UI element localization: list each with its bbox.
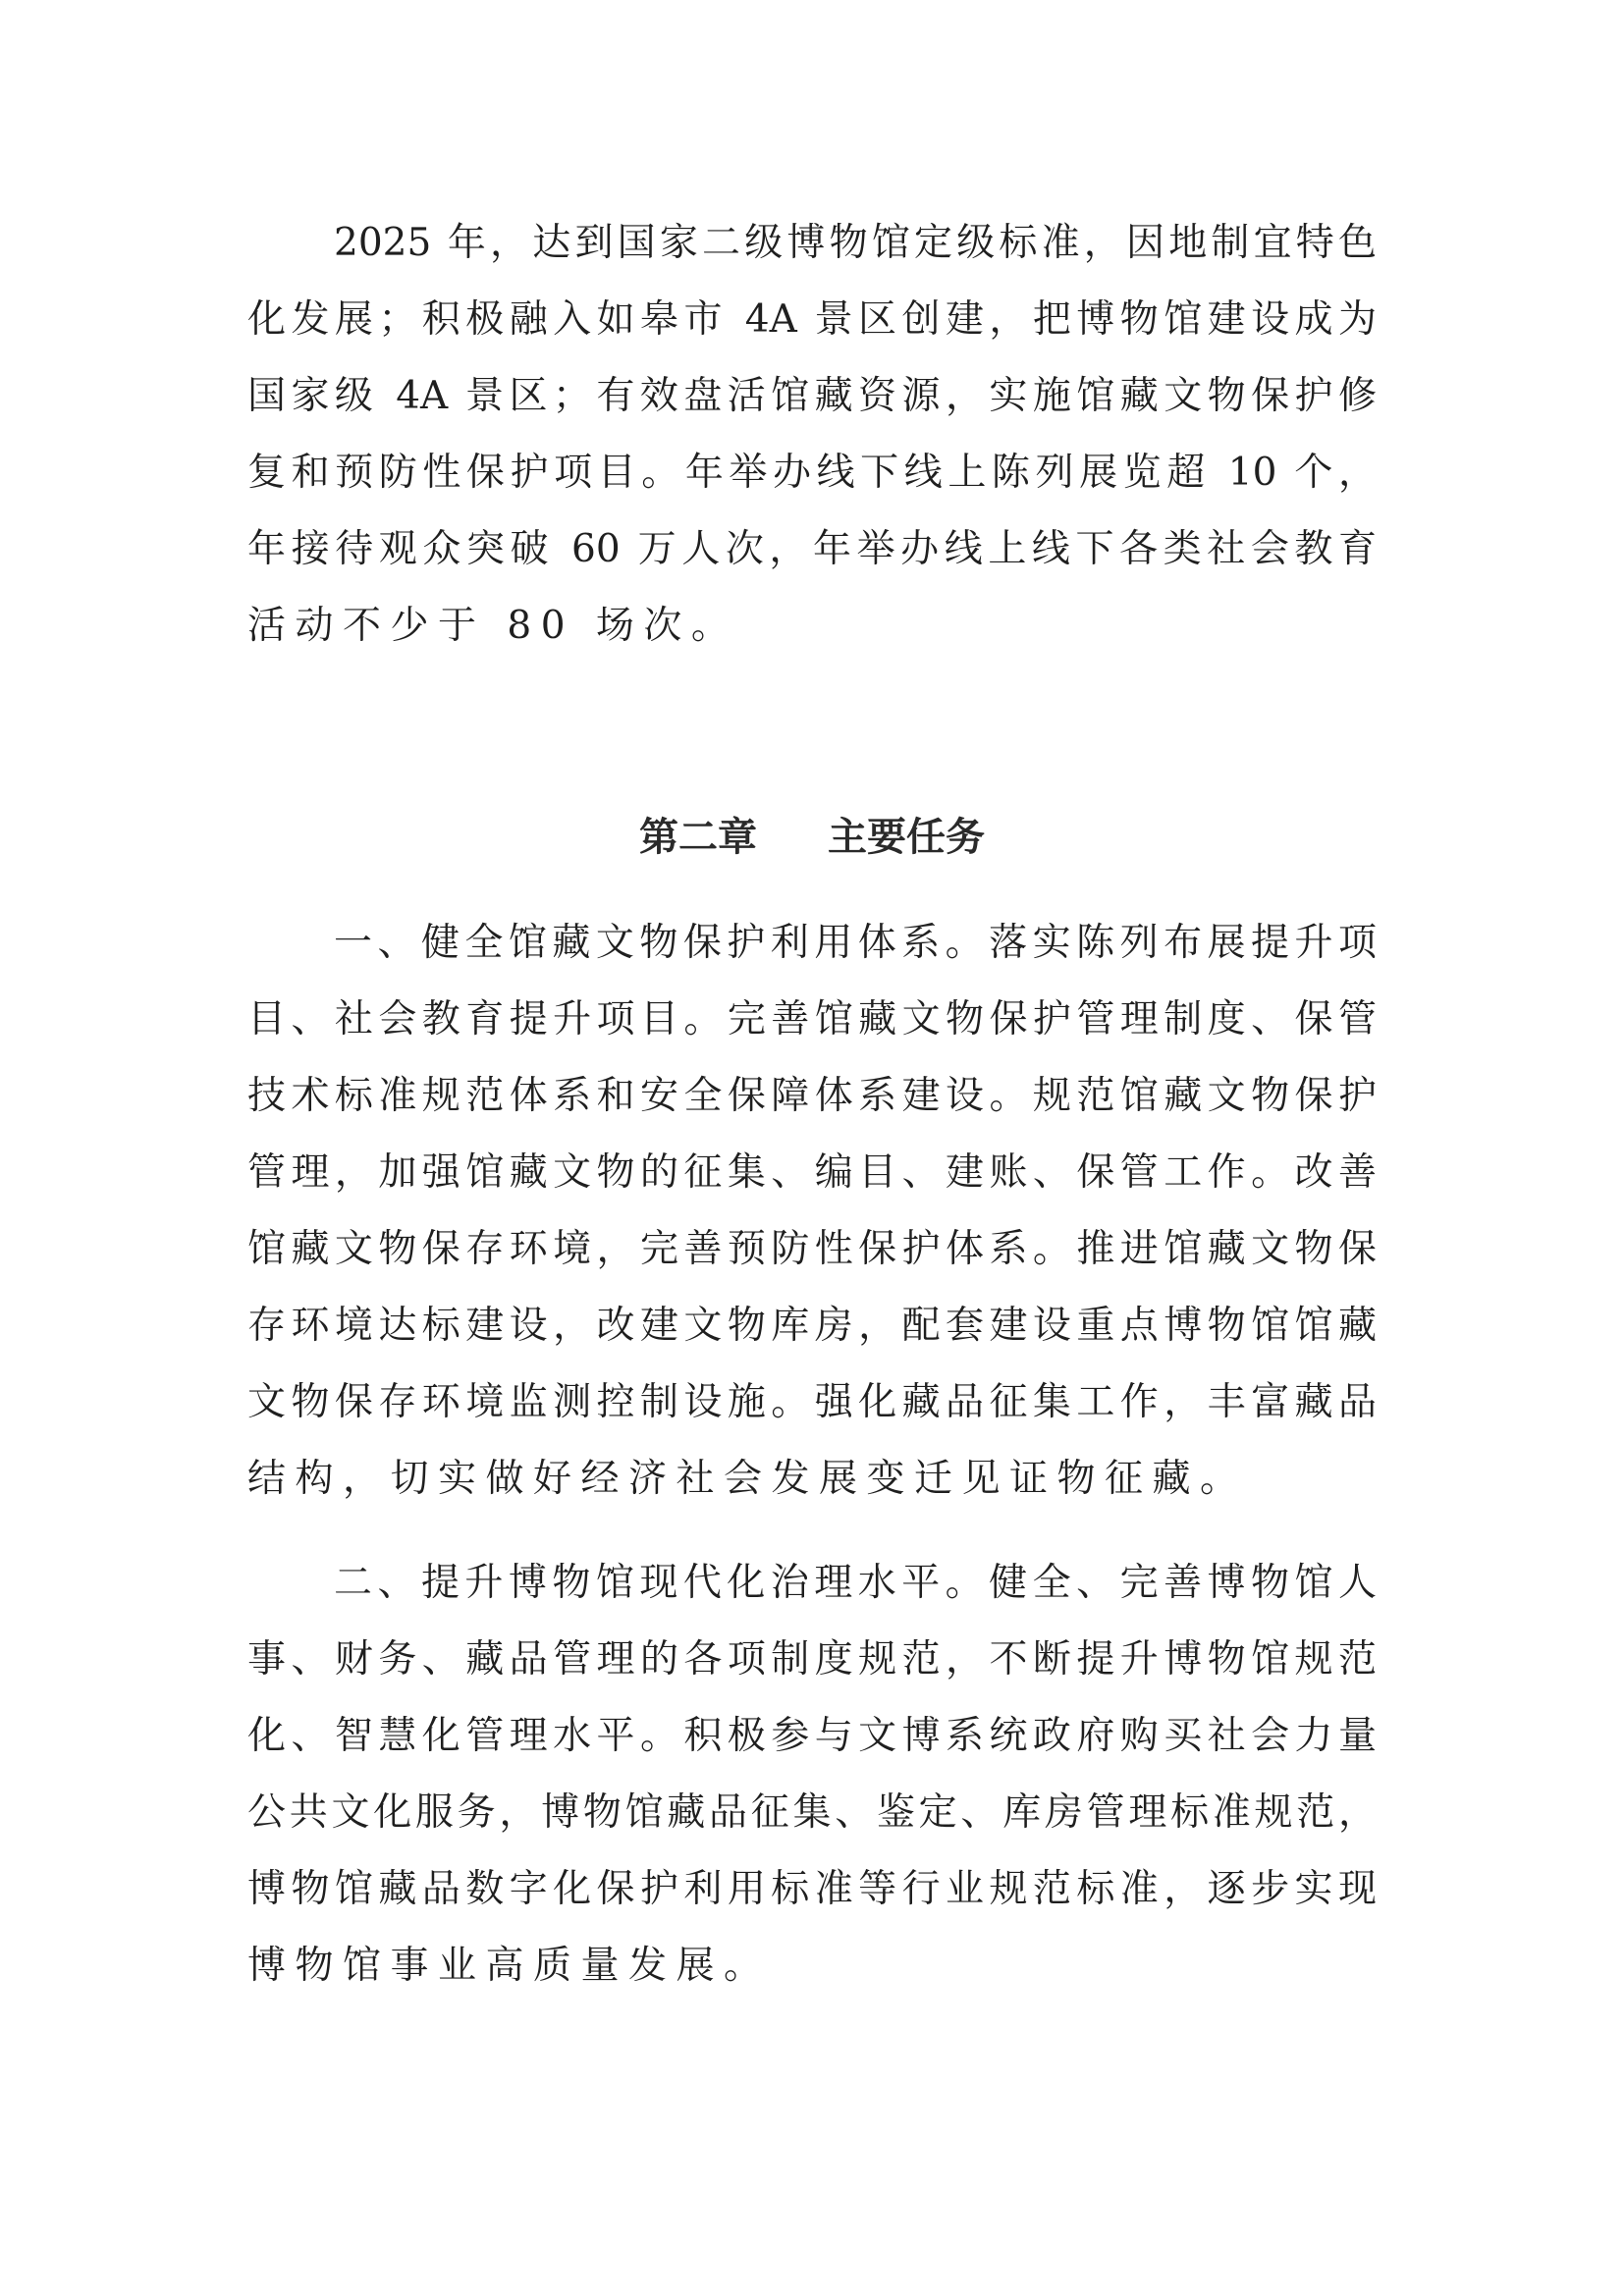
paragraph-line: 目、社会教育提升项目。完善馆藏文物保护管理制度、保管 <box>247 996 1377 1043</box>
paragraph-line: 结构，切实做好经济社会发展变迁见证物征藏。 <box>247 1456 1377 1503</box>
paragraph-line: 馆藏文物保存环境，完善预防性保护体系。推进馆藏文物保 <box>247 1226 1377 1273</box>
paragraph-line: 年接待观众突破 60 万人次，年举办线上线下各类社会教育 <box>247 526 1377 573</box>
chapter-title: 主要任务 <box>828 815 985 860</box>
paragraph-line: 公共文化服务，博物馆藏品征集、鉴定、库房管理标准规范， <box>247 1789 1377 1837</box>
paragraph-line: 化、智慧化管理水平。积极参与文博系统政府购买社会力量 <box>247 1713 1377 1760</box>
paragraph-line: 博物馆事业高质量发展。 <box>247 1943 1377 1990</box>
paragraph-line: 复和预防性保护项目。年举办线下线上陈列展览超 10 个， <box>247 450 1377 497</box>
paragraph-line: 博物馆藏品数字化保护利用标准等行业规范标准，逐步实现 <box>247 1866 1377 1913</box>
paragraph-line: 国家级 4A 景区；有效盘活馆藏资源，实施馆藏文物保护修 <box>247 373 1377 420</box>
document-page: 2025 年，达到国家二级博物馆定级标准，因地制宜特色 化发展；积极融入如皋市 … <box>0 0 1624 2296</box>
paragraph-line: 二、提升博物馆现代化治理水平。健全、完善博物馆人 <box>334 1560 1377 1607</box>
paragraph-line: 活动不少于 80 场次。 <box>247 603 1377 650</box>
chapter-number: 第二章 <box>639 815 757 860</box>
paragraph-line: 存环境达标建设，改建文物库房，配套建设重点博物馆馆藏 <box>247 1303 1377 1350</box>
paragraph-line: 文物保存环境监测控制设施。强化藏品征集工作，丰富藏品 <box>247 1379 1377 1426</box>
paragraph-line: 事、财务、藏品管理的各项制度规范，不断提升博物馆规范 <box>247 1636 1377 1683</box>
paragraph-line: 2025 年，达到国家二级博物馆定级标准，因地制宜特色 <box>334 220 1377 267</box>
paragraph-line: 管理，加强馆藏文物的征集、编目、建账、保管工作。改善 <box>247 1149 1377 1197</box>
paragraph-line: 化发展；积极融入如皋市 4A 景区创建，把博物馆建设成为 <box>247 296 1377 344</box>
paragraph-line: 一、健全馆藏文物保护利用体系。落实陈列布展提升项 <box>334 920 1377 967</box>
chapter-heading: 第二章主要任务 <box>0 811 1624 864</box>
paragraph-line: 技术标准规范体系和安全保障体系建设。规范馆藏文物保护 <box>247 1073 1377 1120</box>
